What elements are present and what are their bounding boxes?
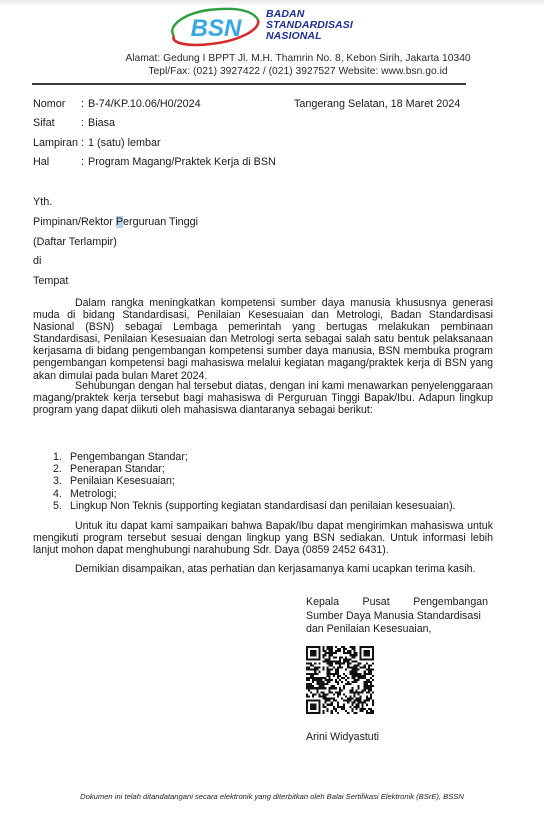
list-number: 1. xyxy=(53,451,70,463)
e-signature-footer: Dokumen ini telah ditandatangani secara … xyxy=(0,792,544,801)
list-text: Penilaian Kesesuaian; xyxy=(70,475,175,487)
meta-label: Lampiran xyxy=(33,137,81,149)
org-name: BADAN STANDARDISASI NASIONAL xyxy=(266,9,353,42)
signatory-word: Pengembangan xyxy=(413,596,488,610)
program-list: 1.Pengembangan Standar; 2.Penerapan Stan… xyxy=(53,451,456,512)
recipient-text: Pimpinan/Rektor xyxy=(33,216,116,228)
list-text: Pengembangan Standar; xyxy=(70,451,188,463)
page-top-shadow xyxy=(0,0,544,6)
meta-lampiran: Lampiran:1 (satu) lembar xyxy=(33,137,161,149)
list-number: 5. xyxy=(53,500,70,512)
meta-hal: Hal:Program Magang/Praktek Kerja di BSN xyxy=(33,156,276,168)
meta-value: Biasa xyxy=(88,117,115,129)
signatory-title-line: Kepala Pusat Pengembangan xyxy=(306,596,488,610)
addressee-at: di xyxy=(33,255,41,267)
signatory-title-line: dan Penilaian Kesesuaian, xyxy=(306,623,488,637)
meta-label: Hal xyxy=(33,156,81,168)
contact-line: Tepl/Fax: (021) 3927422 / (021) 3927527 … xyxy=(26,66,544,77)
list-number: 4. xyxy=(53,488,70,500)
signatory-title: Kepala Pusat Pengembangan Sumber Daya Ma… xyxy=(306,596,488,637)
logo-text: BSN xyxy=(191,15,242,42)
signatory-word: Kepala xyxy=(306,596,339,610)
addressee-place: Tempat xyxy=(33,275,68,287)
meta-label: Sifat xyxy=(33,117,81,129)
list-text: Penerapan Standar; xyxy=(70,463,165,475)
recipient-text: erguruan Tinggi xyxy=(123,216,198,228)
meta-separator: : xyxy=(81,98,88,110)
meta-value: B-74/KP.10.06/H0/2024 xyxy=(88,98,201,110)
meta-separator: : xyxy=(81,156,88,168)
list-item: 4.Metrologi; xyxy=(53,488,456,500)
meta-label: Nomor xyxy=(33,98,81,110)
signer-name: Arini Widyastuti xyxy=(306,731,379,743)
signatory-title-line: Sumber Daya Manusia Standardisasi xyxy=(306,610,488,624)
text-cursor-highlight[interactable]: P xyxy=(116,216,123,228)
meta-separator: : xyxy=(81,117,88,129)
address-line: Alamat: Gedung I BPPT Jl. M.H. Thamrin N… xyxy=(26,53,544,64)
list-item: 5.Lingkup Non Teknis (supporting kegiata… xyxy=(53,500,456,512)
letter-date: Tangerang Selatan, 18 Maret 2024 xyxy=(294,98,460,110)
list-item: 1.Pengembangan Standar; xyxy=(53,451,456,463)
bsn-logo-icon: BSN xyxy=(166,6,266,48)
recipient[interactable]: Pimpinan/Rektor Perguruan Tinggi xyxy=(33,216,198,228)
letterhead-divider xyxy=(32,83,466,85)
list-number: 3. xyxy=(53,475,70,487)
body-paragraph-3: Untuk itu dapat kami sampaikan bahwa Bap… xyxy=(33,520,493,556)
list-text: Metrologi; xyxy=(70,488,117,500)
qr-code-icon xyxy=(306,646,374,714)
meta-value: 1 (satu) lembar xyxy=(88,137,161,149)
closing-paragraph: Demikian disampaikan, atas perhatian dan… xyxy=(33,563,503,575)
greeting: Yth. xyxy=(33,196,52,208)
list-item: 2.Penerapan Standar; xyxy=(53,463,456,475)
meta-sifat: Sifat:Biasa xyxy=(33,117,115,129)
list-item: 3.Penilaian Kesesuaian; xyxy=(53,475,456,487)
list-text: Lingkup Non Teknis (supporting kegiatan … xyxy=(70,500,456,512)
body-paragraph-2: Sehubungan dengan hal tersebut diatas, d… xyxy=(33,380,493,416)
body-paragraph-1: Dalam rangka meningkatkan kompetensi sum… xyxy=(33,297,493,382)
signatory-word: Pusat xyxy=(363,596,390,610)
list-number: 2. xyxy=(53,463,70,475)
meta-nomor: Nomor:B-74/KP.10.06/H0/2024 xyxy=(33,98,201,110)
meta-value: Program Magang/Praktek Kerja di BSN xyxy=(88,156,276,168)
org-name-line: NASIONAL xyxy=(266,31,353,42)
meta-separator: : xyxy=(81,137,88,149)
recipient-note: (Daftar Terlampir) xyxy=(33,236,117,248)
